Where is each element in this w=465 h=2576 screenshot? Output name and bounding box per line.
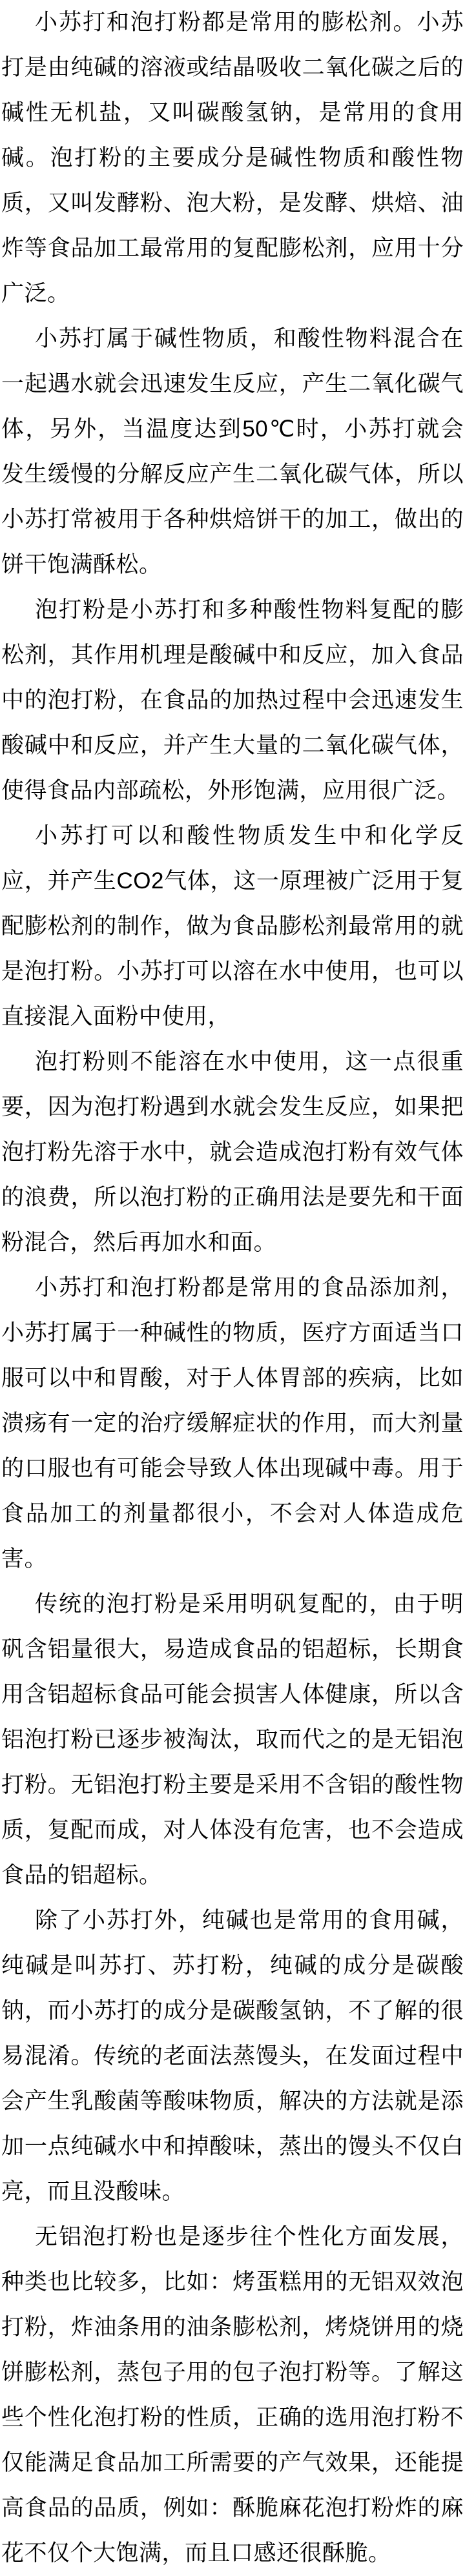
paragraph-alum-aluminum: 传统的泡打粉是采用明矾复配的，由于明矾含铝量很大，易造成食品的铝超标，长期食用含… [1, 1582, 464, 1898]
article-body: 小苏打和泡打粉都是常用的膨松剂。小苏打是由纯碱的溶液或结晶吸收二氧化碳之后的碱性… [0, 0, 465, 2576]
paragraph-food-additive-safety: 小苏打和泡打粉都是常用的食品添加剂，小苏打属于一种碱性的物质，医疗方面适当口服可… [1, 1265, 464, 1582]
paragraph-aluminum-free-types: 无铝泡打粉也是逐步往个性化方面发展，种类也比较多，比如：烤蛋糕用的无铝双效泡打粉… [1, 2214, 464, 2576]
paragraph-xiaosuda-properties: 小苏打属于碱性物质，和酸性物料混合在一起遇水就会迅速发生反应，产生二氧化碳气体，… [1, 316, 464, 588]
paragraph-paodafen-usage: 泡打粉则不能溶在水中使用，这一点很重要，因为泡打粉遇到水就会发生反应，如果把泡打… [1, 1039, 464, 1265]
paragraph-paodafen-mechanism: 泡打粉是小苏打和多种酸性物料复配的膨松剂，其作用机理是酸碱中和反应，加入食品中的… [1, 588, 464, 813]
paragraph-intro: 小苏打和泡打粉都是常用的膨松剂。小苏打是由纯碱的溶液或结晶吸收二氧化碳之后的碱性… [1, 0, 464, 316]
paragraph-xiaosuda-usage: 小苏打可以和酸性物质发生中和化学反应，并产生CO2气体，这一原理被广泛用于复配膨… [1, 813, 464, 1039]
paragraph-chunjian-soda: 除了小苏打外，纯碱也是常用的食用碱，纯碱是叫苏打、苏打粉，纯碱的成分是碳酸钠，而… [1, 1898, 464, 2214]
